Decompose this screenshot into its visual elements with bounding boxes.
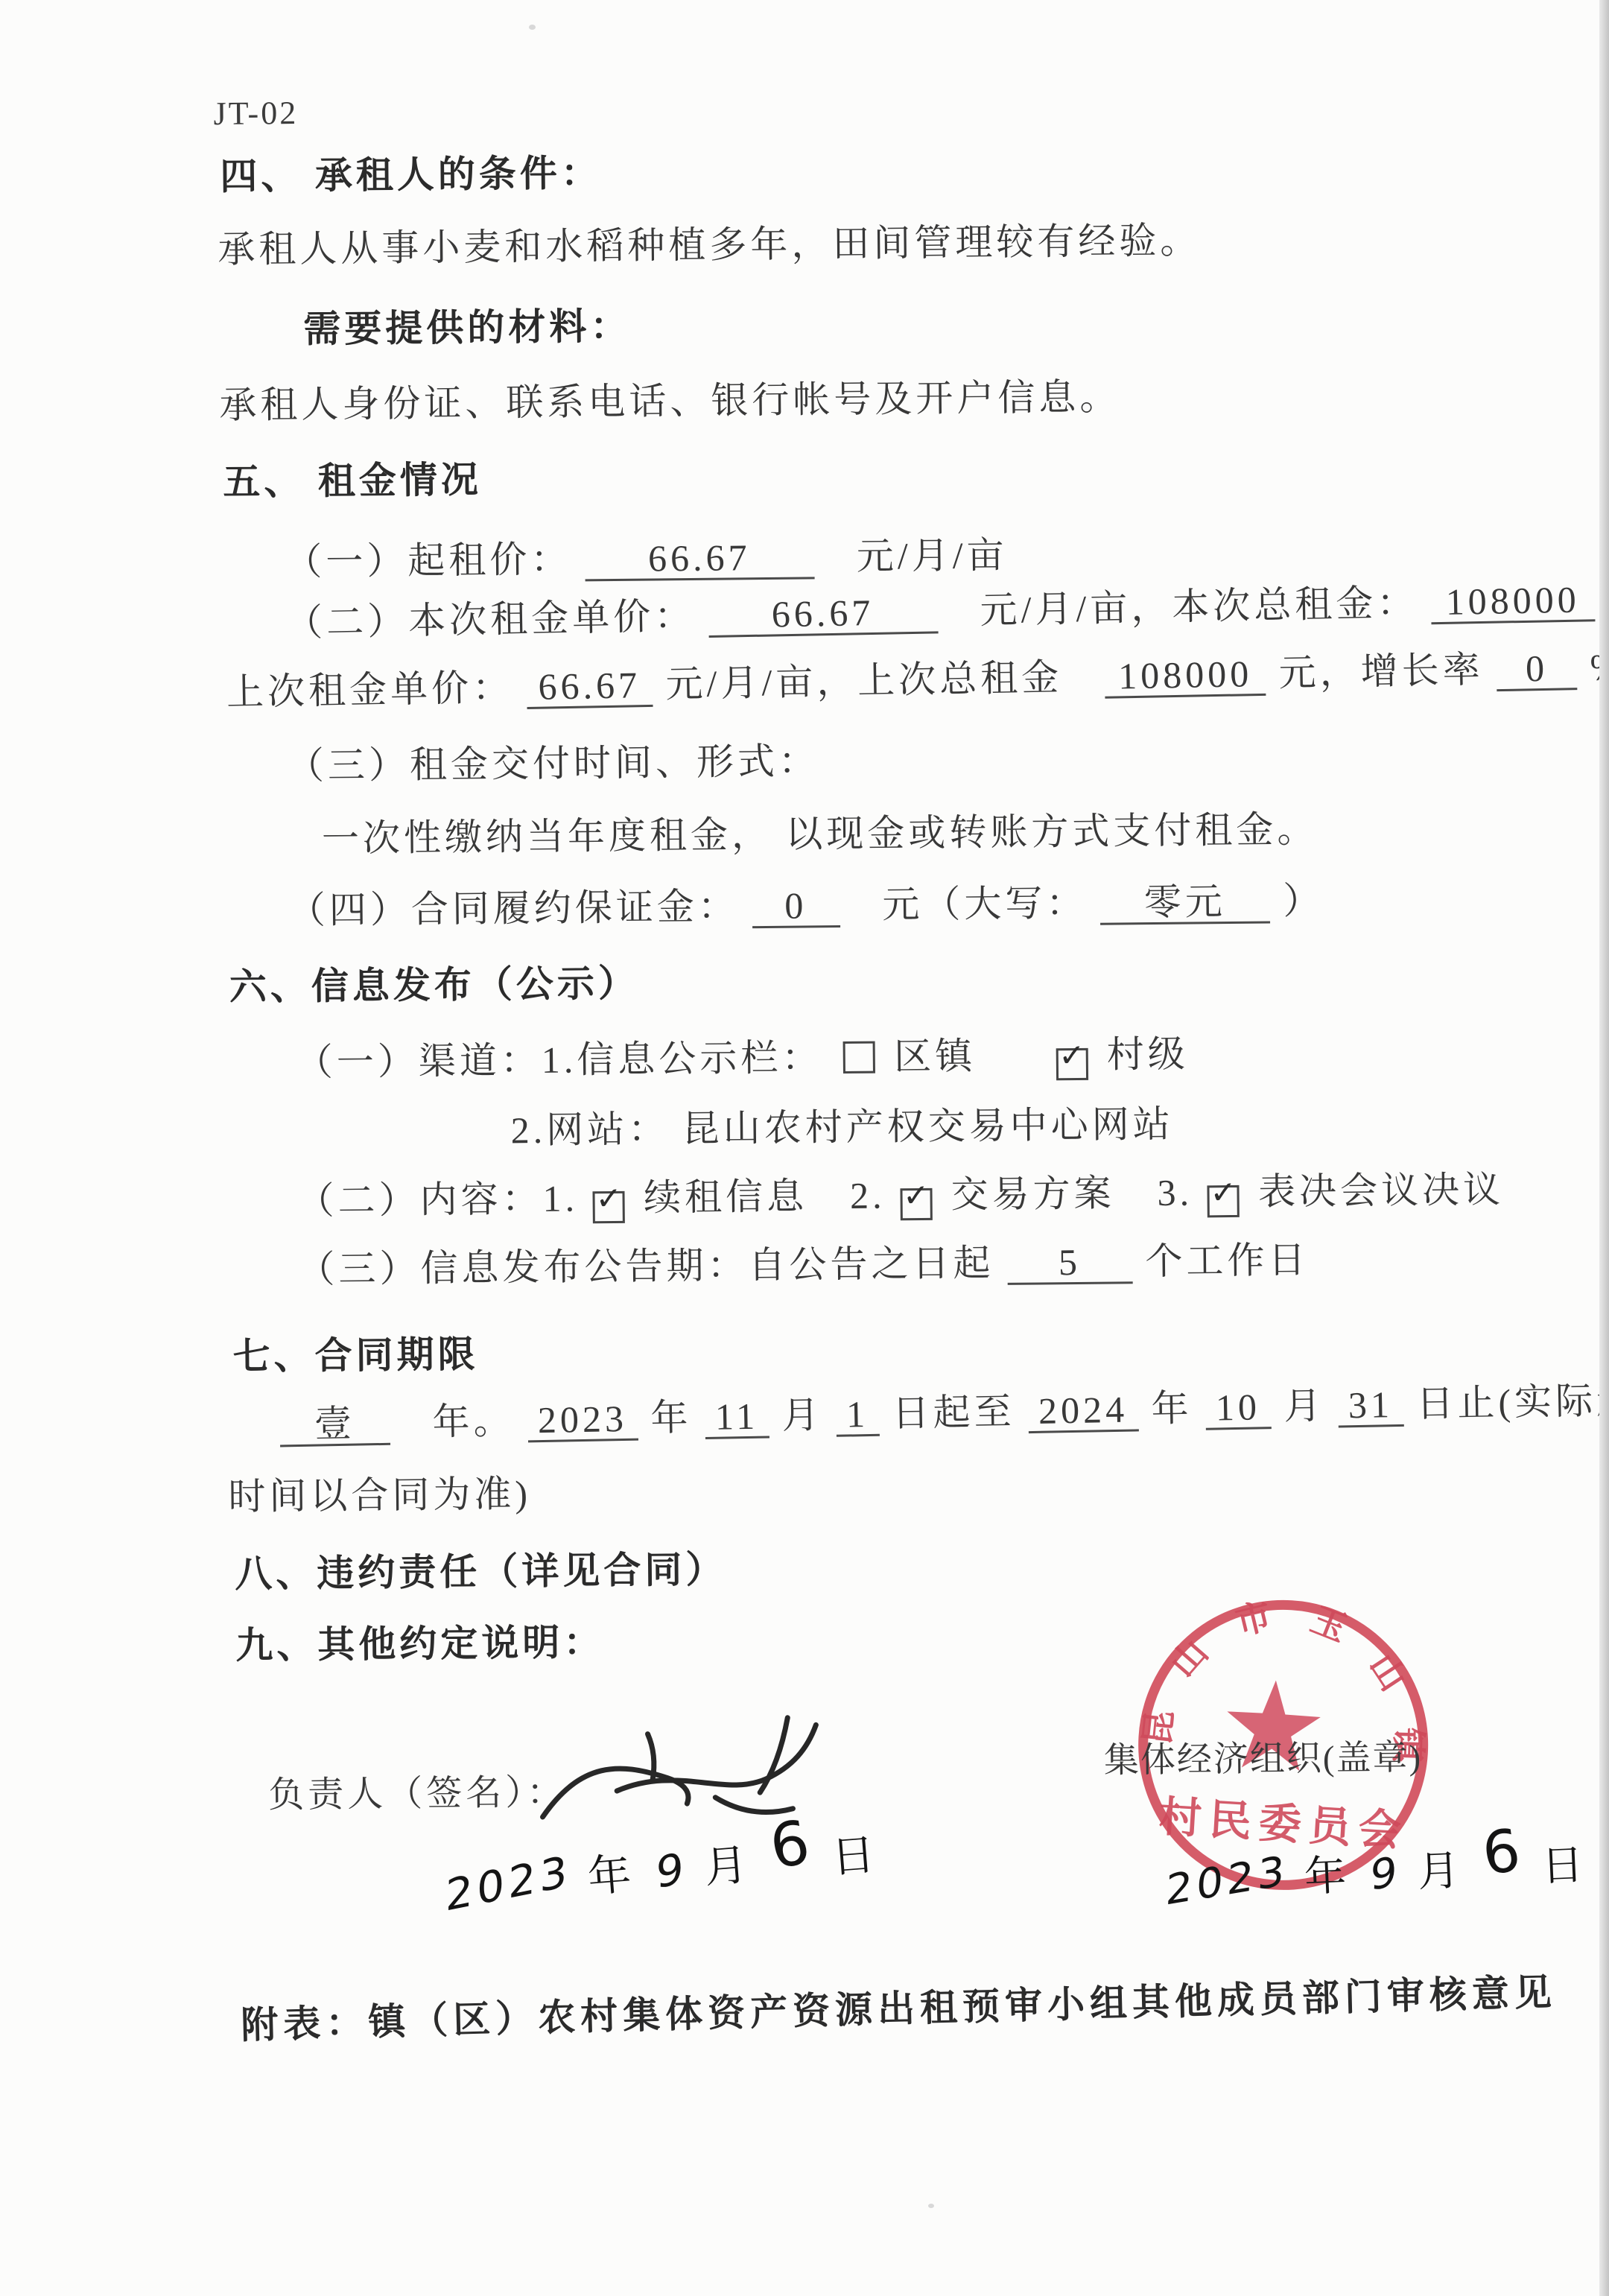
rent-current-total: 108000 — [1430, 580, 1595, 624]
content-n3: 3. — [1157, 1172, 1193, 1214]
checkbox-trade-plan-label: 交易方案 — [951, 1173, 1115, 1216]
scan-speck — [529, 25, 536, 30]
right-date-month: 9 — [1369, 1848, 1402, 1900]
deposit-end: ） — [1283, 880, 1324, 922]
rent-previous-mid: 元/月/亩，上次总租金 — [665, 656, 1063, 705]
left-date-day-unit: 日 — [830, 1828, 884, 1883]
end-year: 2024 — [1028, 1389, 1139, 1433]
checkbox-vote-resolution: ✓ — [1207, 1185, 1239, 1217]
term-unit: 年。 — [432, 1400, 515, 1443]
section6-title: 六、信息发布（公示） — [229, 954, 639, 1011]
section4-title: 四、 承租人的条件： — [220, 143, 602, 200]
content-line: （二）内容：1. ✓ 续租信息 2. ✓ 交易方案 3. ✓ 表决会议决议 — [296, 1160, 1504, 1227]
website-label: 2.网站： — [510, 1108, 669, 1151]
rent-start-price-line: （一）起租价： 66.67 元/月/亩 — [285, 525, 1008, 586]
deposit-value-cn: 零元 — [1100, 882, 1271, 925]
announce-period-unit: 个工作日 — [1145, 1239, 1310, 1282]
term-value: 壹 — [279, 1404, 390, 1447]
growth-rate-value: 0 — [1497, 648, 1578, 691]
rent-previous-line: 上次租金单价： 66.67 元/月/亩，上次总租金 108000 元，增长率 0… — [226, 636, 1609, 716]
checkbox-trade-plan: ✓ — [900, 1188, 932, 1220]
deposit-label: （四）合同履约保证金： — [288, 885, 740, 931]
start-month-unit: 月 — [781, 1394, 823, 1436]
deposit-mid: 元（大写： — [882, 882, 1088, 926]
start-year-unit: 年 — [650, 1396, 692, 1439]
org-seal-label: 集体经济组织(盖章) — [1103, 1730, 1422, 1783]
section7-title: 七、合同期限 — [232, 1325, 479, 1380]
website-value: 昆山农村产权交易中心网站 — [682, 1103, 1174, 1149]
contract-term-line: 壹 年。 2023 年 11 月 1 日起至 2024 年 10 月 31 日止… — [279, 1369, 1609, 1448]
channel-label: （一）渠道：1.信息公示栏： — [296, 1036, 823, 1083]
form-code: JT-02 — [213, 94, 298, 133]
contract-term-cont: 时间以合同为准) — [228, 1464, 531, 1520]
checkbox-village-level: ✓ — [1056, 1048, 1088, 1080]
left-date-month-unit: 月 — [702, 1839, 757, 1893]
deposit-line: （四）合同履约保证金： 0 元（大写： 零元 ） — [288, 871, 1324, 934]
range-mid: 日起至 — [892, 1390, 1015, 1434]
payment-time-title: （三）租金交付时间、形式： — [287, 731, 820, 790]
right-date-month-unit: 月 — [1417, 1846, 1468, 1897]
end-year-unit: 年 — [1151, 1387, 1193, 1430]
right-date-day-unit: 日 — [1540, 1841, 1592, 1891]
checkbox-renewal-info-label: 续租信息 — [644, 1175, 808, 1218]
checkbox-village-level-label: 村级 — [1106, 1033, 1189, 1076]
rent-start-price-label: （一）起租价： — [285, 538, 572, 583]
start-year: 2023 — [527, 1399, 638, 1442]
rent-previous-total: 108000 — [1105, 654, 1266, 698]
right-date-year: 2023 — [1164, 1847, 1289, 1915]
section8-title: 八、违约责任（详见合同） — [235, 1540, 727, 1598]
start-month: 11 — [704, 1396, 769, 1439]
rent-start-price-unit: 元/月/亩 — [857, 534, 1008, 577]
right-date-day: 6 — [1479, 1815, 1528, 1888]
channel-line: （一）渠道：1.信息公示栏： 区镇 ✓ 村级 — [295, 1024, 1189, 1088]
rent-previous-mid2: 元，增长率 — [1278, 648, 1484, 694]
materials-title: 需要提供的材料： — [303, 296, 632, 353]
rent-current-mid: 元/月/亩，本次总租金： — [980, 582, 1418, 632]
rent-previous-label: 上次租金单价： — [226, 666, 514, 713]
rent-current-label: （二）本次租金单价： — [285, 594, 696, 644]
end-month-unit: 月 — [1283, 1385, 1325, 1427]
scan-speck — [928, 2204, 934, 2208]
left-date-year-unit: 年 — [585, 1848, 640, 1902]
section4-body: 承租人从事小麦和水稻种植多年，田间管理较有经验。 — [218, 210, 1202, 273]
content-n2: 2. — [850, 1174, 886, 1216]
footer-note: 附表：镇（区）农村集体资产资源出租预审小组其他成员部门审核意见 — [240, 1962, 1557, 2049]
deposit-value: 0 — [752, 886, 840, 928]
materials-body: 承租人身份证、联系电话、银行帐号及开户信息。 — [219, 367, 1121, 429]
end-day: 31 — [1337, 1385, 1403, 1427]
checkbox-vote-resolution-label: 表决会议决议 — [1258, 1169, 1505, 1213]
checkbox-district-town — [843, 1041, 875, 1074]
announce-period-label: （三）信息发布公告期：自公告之日起 — [297, 1242, 994, 1290]
scanned-document-page: JT-02 四、 承租人的条件： 承租人从事小麦和水稻种植多年，田间管理较有经验… — [0, 0, 1609, 2296]
left-date-month: 9 — [656, 1842, 688, 1898]
scanner-edge-artifact — [1599, 0, 1609, 2296]
left-date-day: 6 — [765, 1807, 818, 1883]
start-day: 1 — [836, 1395, 880, 1437]
rent-current-value: 66.67 — [708, 592, 938, 637]
payment-time-body: 一次性缴纳当年度租金， 以现金或转账方式支付租金。 — [322, 799, 1318, 863]
announce-period-line: （三）信息发布公告期：自公告之日起 5 个工作日 — [297, 1230, 1310, 1293]
section5-title: 五、 租金情况 — [223, 450, 482, 506]
right-date-year-unit: 年 — [1304, 1851, 1355, 1902]
range-end: 日止(实际起止 — [1416, 1378, 1609, 1424]
left-date-year: 2023 — [445, 1845, 571, 1921]
checkbox-district-town-label: 区镇 — [894, 1035, 977, 1077]
announce-period-value: 5 — [1007, 1242, 1133, 1284]
checkbox-renewal-info: ✓ — [592, 1191, 624, 1223]
page-content: JT-02 四、 承租人的条件： 承租人从事小麦和水稻种植多年，田间管理较有经验… — [0, 0, 1609, 2296]
rent-previous-value: 66.67 — [526, 665, 653, 709]
end-month: 10 — [1205, 1387, 1272, 1430]
content-label: （二）内容：1. — [296, 1177, 578, 1222]
section9-title: 九、其他约定说明： — [235, 1612, 605, 1669]
rent-start-price-value: 66.67 — [585, 537, 815, 580]
website-line: 2.网站： 昆山农村产权交易中心网站 — [510, 1094, 1174, 1155]
